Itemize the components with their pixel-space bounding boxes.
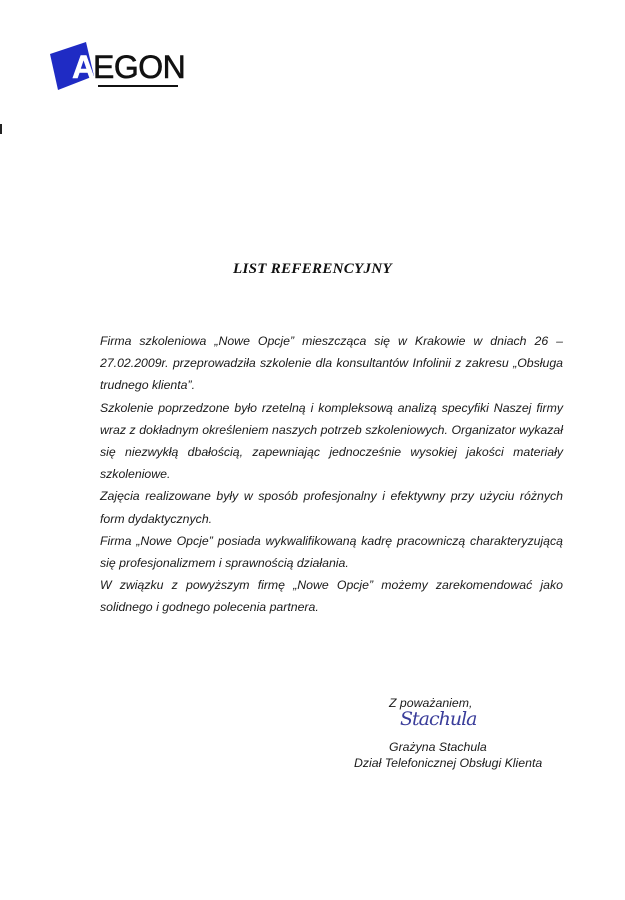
paragraph-staff: Firma „Nowe Opcje” posiada wykwalifikowa… — [100, 530, 563, 574]
svg-text:A: A — [72, 49, 95, 85]
aegon-logo: A EGON — [50, 42, 190, 94]
scan-edge-mark — [0, 124, 2, 134]
svg-text:EGON: EGON — [93, 49, 185, 85]
signatory-department: Dział Telefonicznej Obsługi Klienta — [354, 756, 542, 770]
paragraph-recommendation: W związku z powyższym firmę „Nowe Opcje”… — [100, 574, 563, 618]
letter-body: Firma szkoleniowa „Nowe Opcje” mieszcząc… — [100, 330, 563, 619]
aegon-logo-icon: A EGON — [50, 42, 190, 94]
paragraph-classes: Zajęcia realizowane były w sposób profes… — [100, 485, 563, 529]
paragraph-analysis: Szkolenie poprzedzone było rzetelną i ko… — [100, 397, 563, 486]
signatory-name: Grażyna Stachula — [389, 740, 487, 754]
handwritten-signature: Stachula — [400, 708, 477, 730]
paragraph-training-info: Firma szkoleniowa „Nowe Opcje” mieszcząc… — [100, 330, 563, 397]
document-title: LIST REFERENCYJNY — [0, 261, 625, 278]
